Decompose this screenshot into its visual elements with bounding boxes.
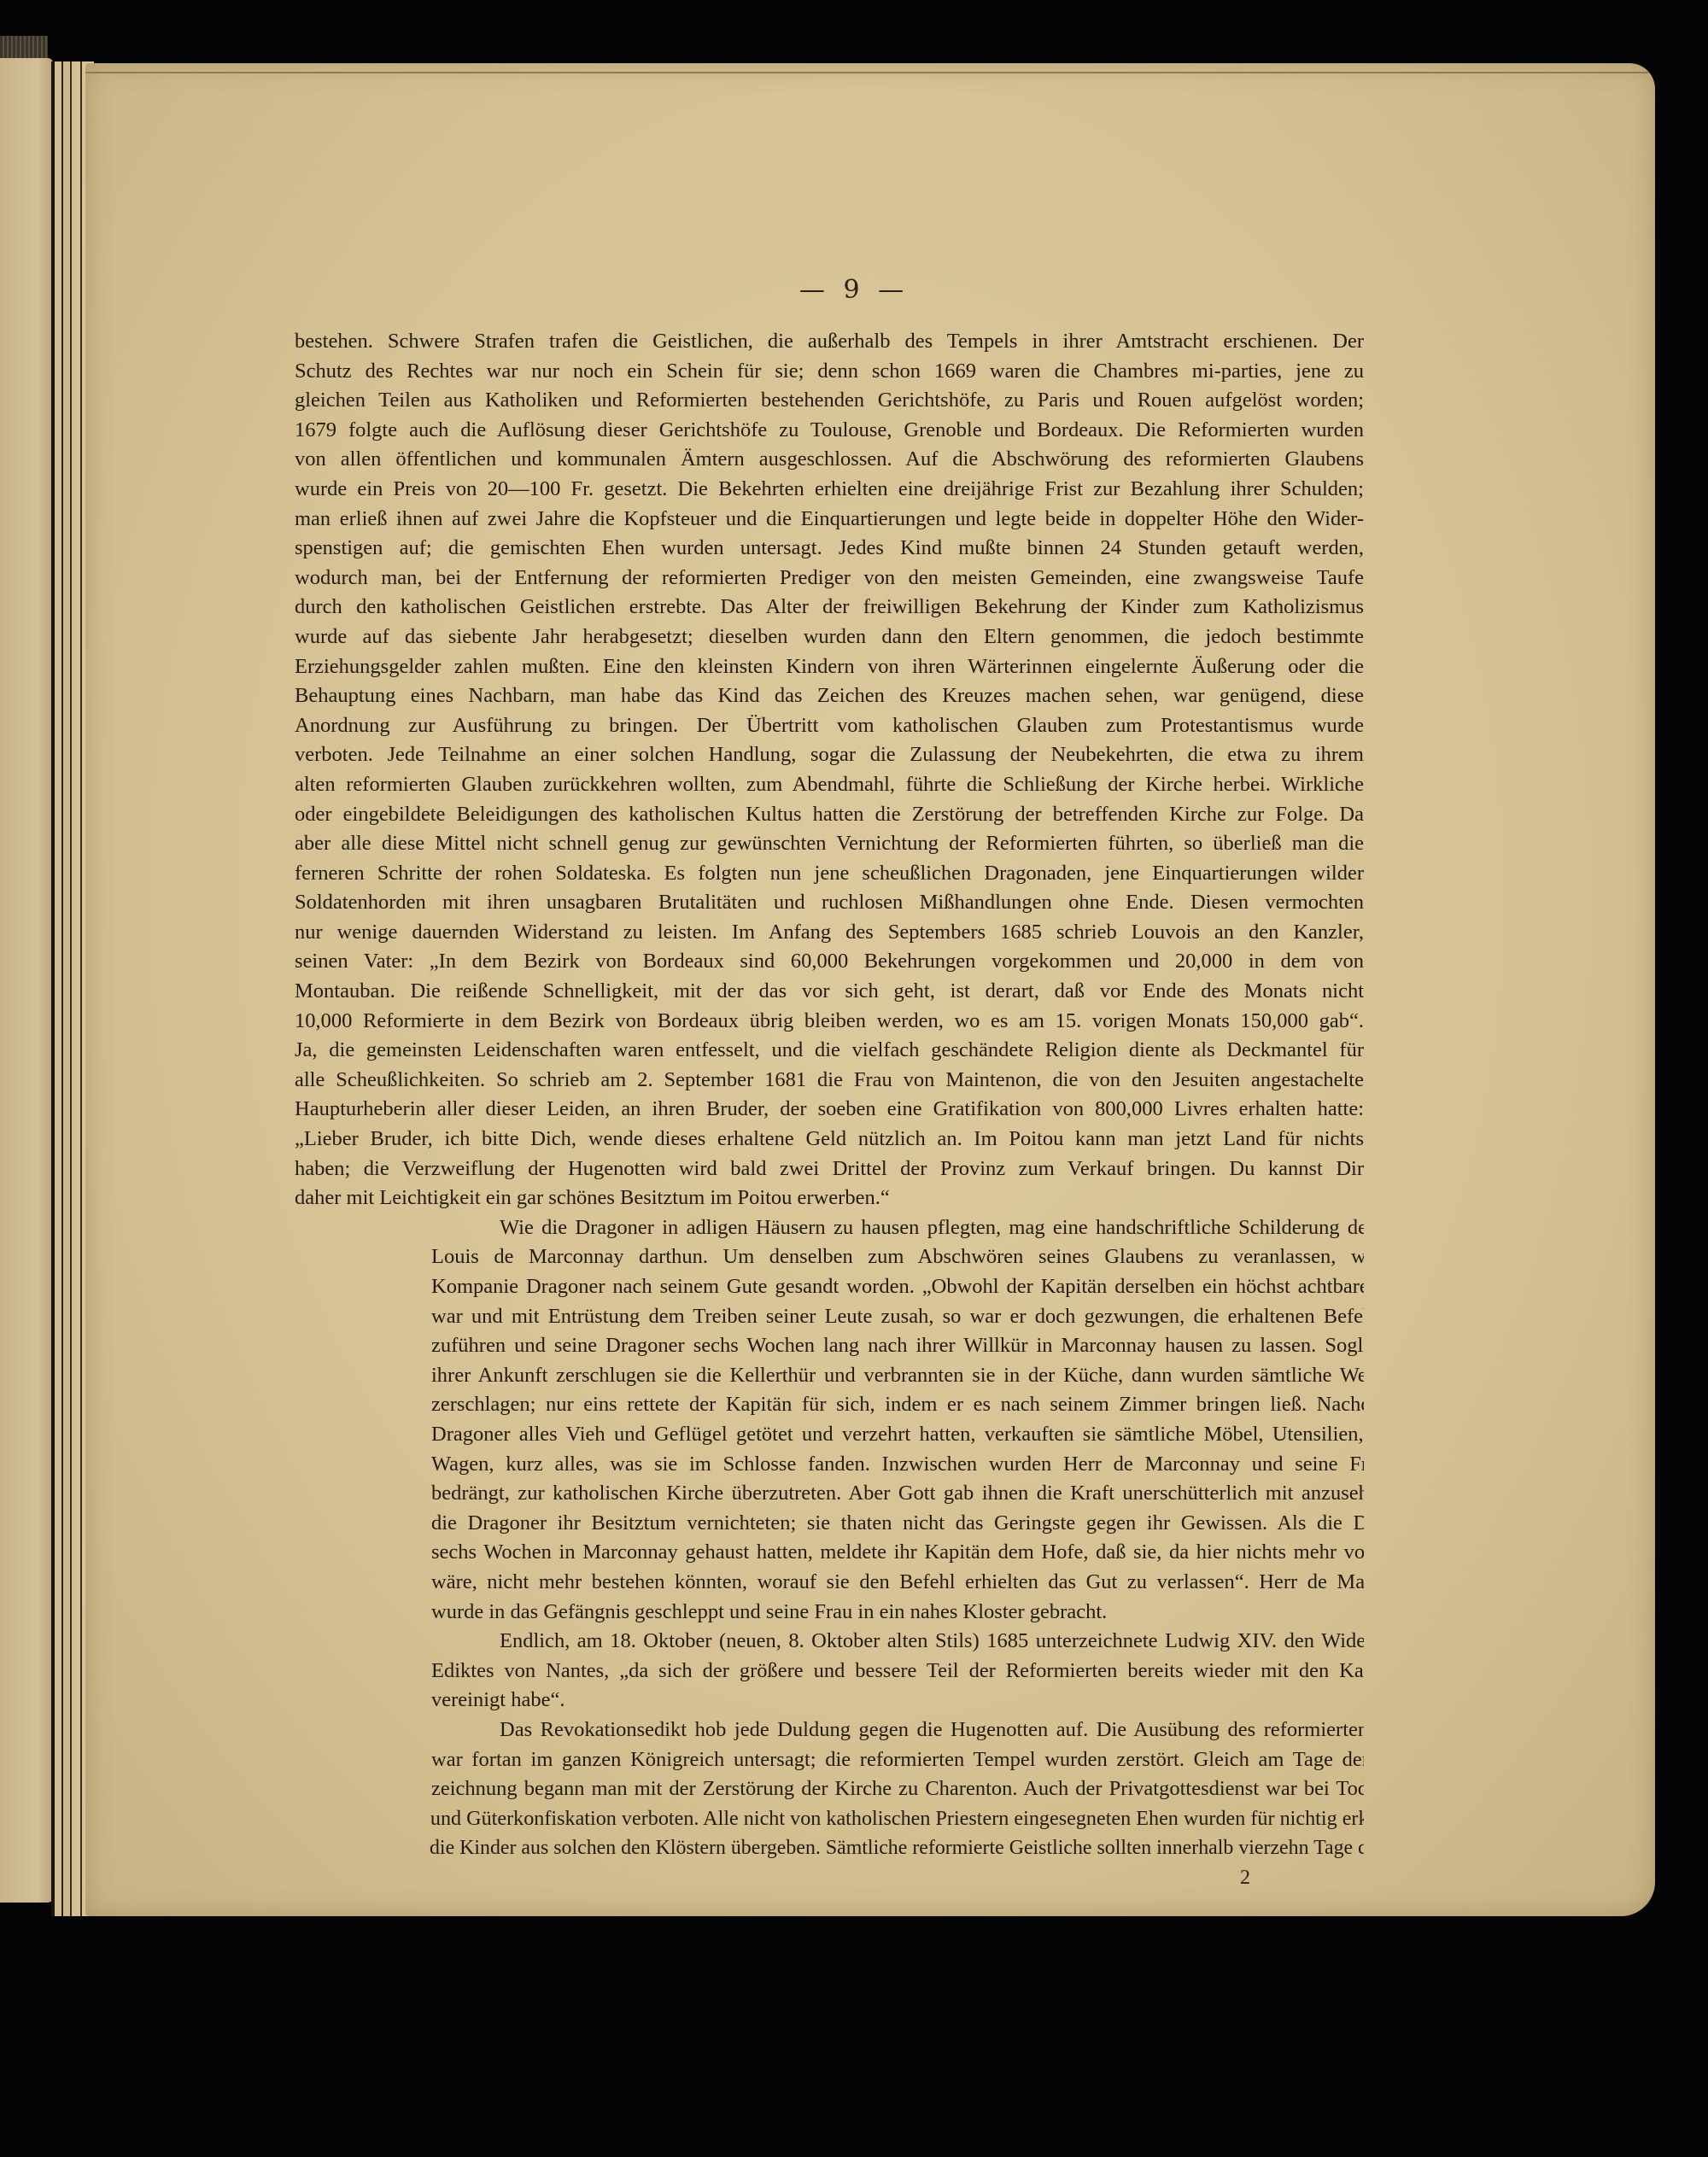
page-number-header: — 9 — xyxy=(0,275,1708,305)
text-line: Louis de Marconnay darthun. Um denselben… xyxy=(295,1242,1364,1272)
text-line: und Güterkonfiskation verboten. Alle nic… xyxy=(295,1804,1364,1834)
body-text: bestehen. Schwere Strafen trafen die Gei… xyxy=(295,327,1364,1863)
paragraph: Endlich, am 18. Oktober (neuen, 8. Oktob… xyxy=(295,1627,1364,1716)
text-line: oder eingebildete Beleidigungen des kath… xyxy=(295,800,1364,830)
text-line: die Dragoner ihr Besitztum vernichteten;… xyxy=(295,1509,1364,1539)
text-line: wurde in das Gefängnis geschleppt und se… xyxy=(295,1598,1364,1628)
text-line: „Lieber Bruder, ich bitte Dich, wende di… xyxy=(295,1125,1364,1154)
text-line: Dragoner alles Vieh und Geflügel getötet… xyxy=(295,1420,1364,1450)
text-line: wurde auf das siebente Jahr herabgesetzt… xyxy=(295,623,1364,652)
text-line: alle Scheußlichkeiten. So schrieb am 2. … xyxy=(295,1066,1364,1096)
text-line: bestehen. Schwere Strafen trafen die Gei… xyxy=(295,327,1364,357)
text-line: nur wenige dauernden Widerstand zu leist… xyxy=(295,918,1364,948)
text-line: Soldatenhorden mit ihren unsagbaren Brut… xyxy=(295,888,1364,918)
text-line: Wagen, kurz alles, was sie im Schlosse f… xyxy=(295,1450,1364,1480)
text-line: seinen Vater: „In dem Bezirk von Bordeau… xyxy=(295,947,1364,977)
text-line: Ja, die gemeinsten Leidenschaften waren … xyxy=(295,1036,1364,1066)
text-line: alten reformierten Glauben zurückkehren … xyxy=(295,770,1364,800)
text-line: wurde ein Preis von 20—100 Fr. gesetzt. … xyxy=(295,475,1364,505)
text-line: zeichnung begann man mit der Zerstörung … xyxy=(295,1774,1364,1804)
text-line: die Kinder aus solchen den Klöstern über… xyxy=(295,1833,1364,1863)
text-line: ihrer Ankunft zerschlugen sie die Keller… xyxy=(295,1361,1364,1391)
text-line: Das Revokationsedikt hob jede Duldung ge… xyxy=(295,1716,1364,1745)
text-line: von allen öffentlichen und kommunalen Äm… xyxy=(295,445,1364,475)
text-line: zerschlagen; nur eins rettete der Kapitä… xyxy=(295,1390,1364,1420)
text-line: war fortan im ganzen Königreich untersag… xyxy=(295,1745,1364,1775)
text-line: man erließ ihnen auf zwei Jahre die Kopf… xyxy=(295,505,1364,535)
text-line: Anordnung zur Ausführung zu bringen. Der… xyxy=(295,711,1364,741)
text-line: ferneren Schritte der rohen Soldateska. … xyxy=(295,859,1364,889)
text-line: haben; die Verzweiflung der Hugenotten w… xyxy=(295,1154,1364,1184)
page-edge xyxy=(85,63,1648,73)
text-line: Ediktes von Nantes, „da sich der größere… xyxy=(295,1657,1364,1686)
text-line: wäre, nicht mehr bestehen könnten, worau… xyxy=(295,1568,1364,1598)
facing-page-edge xyxy=(0,58,53,1903)
text-line: bedrängt, zur katholischen Kirche überzu… xyxy=(295,1479,1364,1509)
paragraph: bestehen. Schwere Strafen trafen die Gei… xyxy=(295,327,1364,1213)
text-line: Endlich, am 18. Oktober (neuen, 8. Oktob… xyxy=(295,1627,1364,1657)
text-line: Haupturheberin aller dieser Leiden, an i… xyxy=(295,1095,1364,1125)
text-line: war und mit Entrüstung dem Treiben seine… xyxy=(295,1302,1364,1332)
text-line: Montauban. Die reißende Schnelligkeit, m… xyxy=(295,977,1364,1007)
text-line: 1679 folgte auch die Auflösung dieser Ge… xyxy=(295,416,1364,446)
text-line: aber alle diese Mittel nicht schnell gen… xyxy=(295,829,1364,859)
paragraph: Das Revokationsedikt hob jede Duldung ge… xyxy=(295,1716,1364,1863)
paragraph: Wie die Dragoner in adligen Häusern zu h… xyxy=(295,1213,1364,1627)
text-line: wodurch man, bei der Entfernung der refo… xyxy=(295,564,1364,593)
text-line: spenstigen auf; die gemischten Ehen wurd… xyxy=(295,534,1364,564)
text-line: vereinigt habe“. xyxy=(295,1686,1364,1716)
text-line: Wie die Dragoner in adligen Häusern zu h… xyxy=(295,1213,1364,1243)
text-line: Erziehungsgelder zahlen mußten. Eine den… xyxy=(295,652,1364,682)
text-line: 10,000 Reformierte in dem Bezirk von Bor… xyxy=(295,1007,1364,1037)
text-line: Behauptung eines Nachbarn, man habe das … xyxy=(295,681,1364,711)
signature-mark: 2 xyxy=(1240,1867,1250,1890)
text-line: sechs Wochen in Marconnay gehaust hatten… xyxy=(295,1538,1364,1568)
text-line: gleichen Teilen aus Katholiken und Refor… xyxy=(295,386,1364,416)
text-line: durch den katholischen Geistlichen erstr… xyxy=(295,593,1364,623)
text-line: zuführen und seine Dragoner sechs Wochen… xyxy=(295,1331,1364,1361)
text-line: Schutz des Rechtes war nur noch ein Sche… xyxy=(295,357,1364,387)
text-line: Kompanie Dragoner nach seinem Gute gesan… xyxy=(295,1272,1364,1302)
text-line: daher mit Leichtigkeit ein gar schönes B… xyxy=(295,1184,1364,1213)
text-line: verboten. Jede Teilnahme an einer solche… xyxy=(295,740,1364,770)
